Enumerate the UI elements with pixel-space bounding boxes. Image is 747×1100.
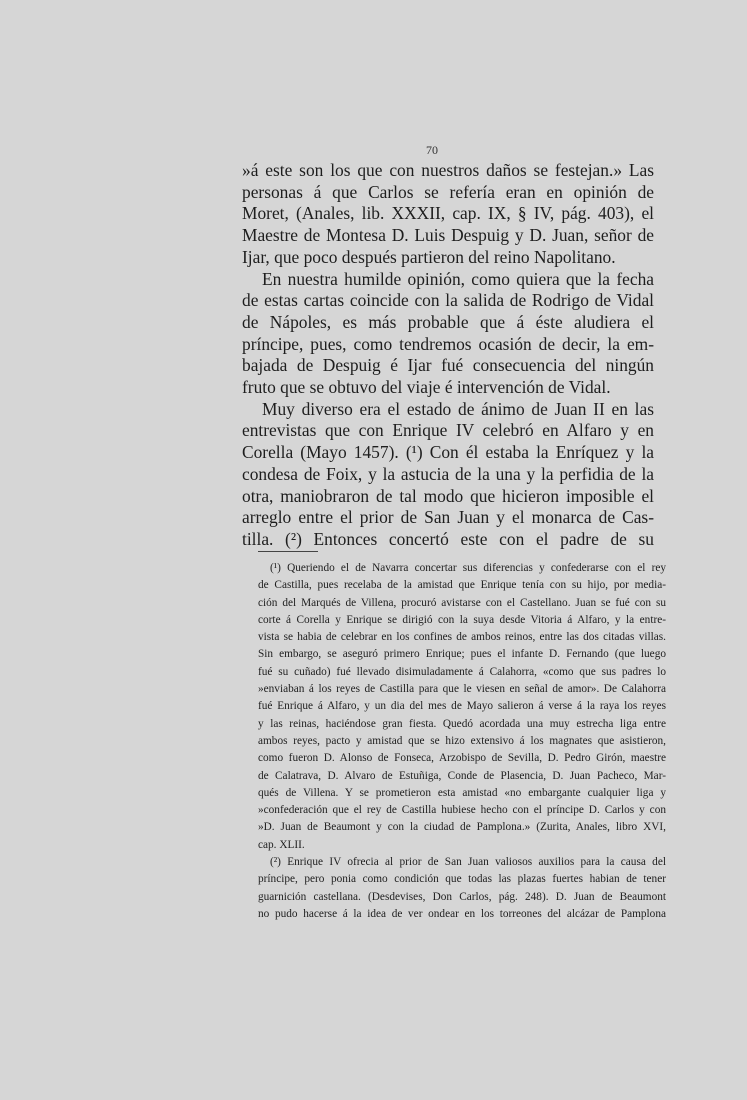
footnote-line: (¹) Queriendo el de Navarra concertar su…: [258, 560, 666, 577]
body-line: Moret, (Anales, lib. XXXII, cap. IX, § I…: [242, 203, 654, 225]
footnote-line: no pudo hacerse á la idea de ver ondear …: [258, 906, 666, 923]
footnote-line: fué su cuñado) fué llevado disimuladamen…: [258, 664, 666, 681]
body-line: En nuestra humilde opinión, como quiera …: [242, 269, 654, 291]
body-line: de Nápoles, es más probable que á éste a…: [242, 312, 654, 334]
body-line: otra, maniobraron de tal modo que hicier…: [242, 486, 654, 508]
body-line: de estas cartas coincide con la salida d…: [242, 290, 654, 312]
footnote-line: ambos reyes, pacto y amistad que se hizo…: [258, 733, 666, 750]
body-line: Ijar, que poco después partieron del rei…: [242, 247, 654, 269]
document-page: 70 »á este son los que con nuestros daño…: [0, 0, 747, 1100]
body-line: fruto que se obtuvo del viaje é interven…: [242, 377, 654, 399]
footnotes: (¹) Queriendo el de Navarra concertar su…: [258, 560, 666, 923]
body-line: bajada de Despuig é Ijar fué consecuenci…: [242, 355, 654, 377]
body-line: personas á que Carlos se refería eran en…: [242, 182, 654, 204]
footnote-line: cap. XLII.: [258, 837, 666, 854]
footnote-line: príncipe, pero ponia como condición que …: [258, 871, 666, 888]
footnote-line: de Castilla, pues recelaba de la amistad…: [258, 577, 666, 594]
footnote-line: ción del Marqués de Villena, procuró avi…: [258, 595, 666, 612]
body-text: »á este son los que con nuestros daños s…: [242, 160, 654, 551]
footnote-line: de Calatrava, D. Alvaro de Estuñiga, Con…: [258, 768, 666, 785]
footnote-line: fué Enrique á Alfaro, y un dia del mes d…: [258, 698, 666, 715]
footnote-line: vista se habia de celebrar en los confin…: [258, 629, 666, 646]
footnote-line: Sin embargo, se aseguró primero Enrique;…: [258, 646, 666, 663]
body-line: Corella (Mayo 1457). (¹) Con él estaba l…: [242, 442, 654, 464]
body-line: tilla. (²) Entonces concertó este con el…: [242, 529, 654, 551]
body-line: Muy diverso era el estado de ánimo de Ju…: [242, 399, 654, 421]
page-number: 70: [426, 143, 438, 158]
footnote-line: (²) Enrique IV ofrecia al prior de San J…: [258, 854, 666, 871]
body-line: arreglo entre el prior de San Juan y el …: [242, 507, 654, 529]
footnote-line: como fueron D. Alonso de Fonseca, Arzobi…: [258, 750, 666, 767]
footnote-line: »enviaban á los reyes de Castilla para q…: [258, 681, 666, 698]
footnote-line: qués de Villena. Y se prometieron esta a…: [258, 785, 666, 802]
body-line: condesa de Foix, y la astucia de la una …: [242, 464, 654, 486]
footnote-line: »confederación que el rey de Castilla hu…: [258, 802, 666, 819]
footnote-line: y las reinas, haciéndose gran fiesta. Qu…: [258, 716, 666, 733]
body-line: »á este son los que con nuestros daños s…: [242, 160, 654, 182]
body-line: Maestre de Montesa D. Luis Despuig y D. …: [242, 225, 654, 247]
body-line: entrevistas que con Enrique IV celebró e…: [242, 420, 654, 442]
footnote-line: »D. Juan de Beaumont y con la ciudad de …: [258, 819, 666, 836]
footnote-separator: [258, 551, 318, 552]
footnote-line: guarnición castellana. (Desdevises, Don …: [258, 889, 666, 906]
body-line: príncipe, pues, como tendremos ocasión d…: [242, 334, 654, 356]
footnote-line: corte á Corella y Enrique se dirigió con…: [258, 612, 666, 629]
